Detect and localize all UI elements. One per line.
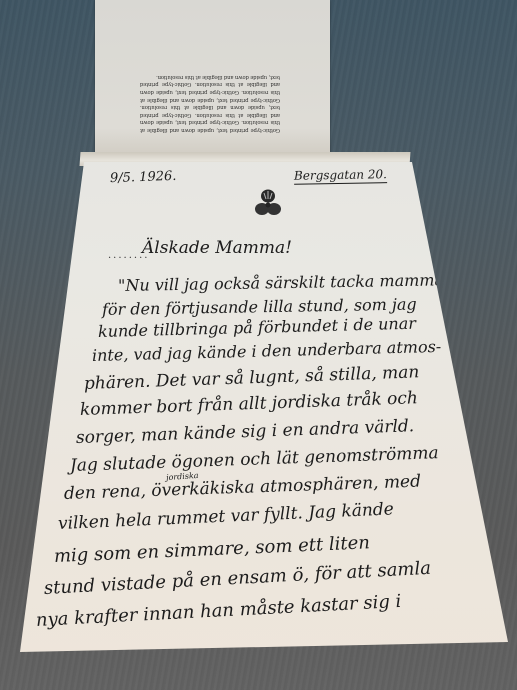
letter-line: inte, vad jag kände i den underbara atmo…: [92, 337, 442, 365]
letter-line: "Nu vill jag också särskilt tacka mamma: [118, 270, 444, 295]
letter-line: Jag slutade ögonen och lät genomströmma: [70, 443, 439, 476]
ellipsis-dots: ........: [108, 250, 149, 261]
letter-line: nya krafter innan han måste kastar sig i: [35, 591, 401, 631]
salutation: Älskade Mamma!: [142, 238, 292, 258]
crest-emblem-icon: [250, 185, 286, 221]
letter-address: Bergsgatan 20.: [294, 167, 387, 185]
letter-line: vilken hela rummet var fyllt. Jag kände: [58, 499, 395, 534]
letter-line: den rena, överkäkiska atmosphären, med: [64, 472, 422, 504]
letter-line: mig som en simmare, som ett liten: [54, 532, 371, 567]
letter-date: 9/5. 1926.: [110, 169, 177, 186]
printed-text-block: Gothic-type printed text, upside down an…: [140, 18, 280, 133]
printed-booklet-page: Gothic-type printed text, upside down an…: [95, 0, 330, 160]
letter-line: kommer bort från allt jordiska tråk och: [80, 388, 419, 420]
letter-line: sorger, man kände sig i en andra värld.: [76, 416, 415, 448]
